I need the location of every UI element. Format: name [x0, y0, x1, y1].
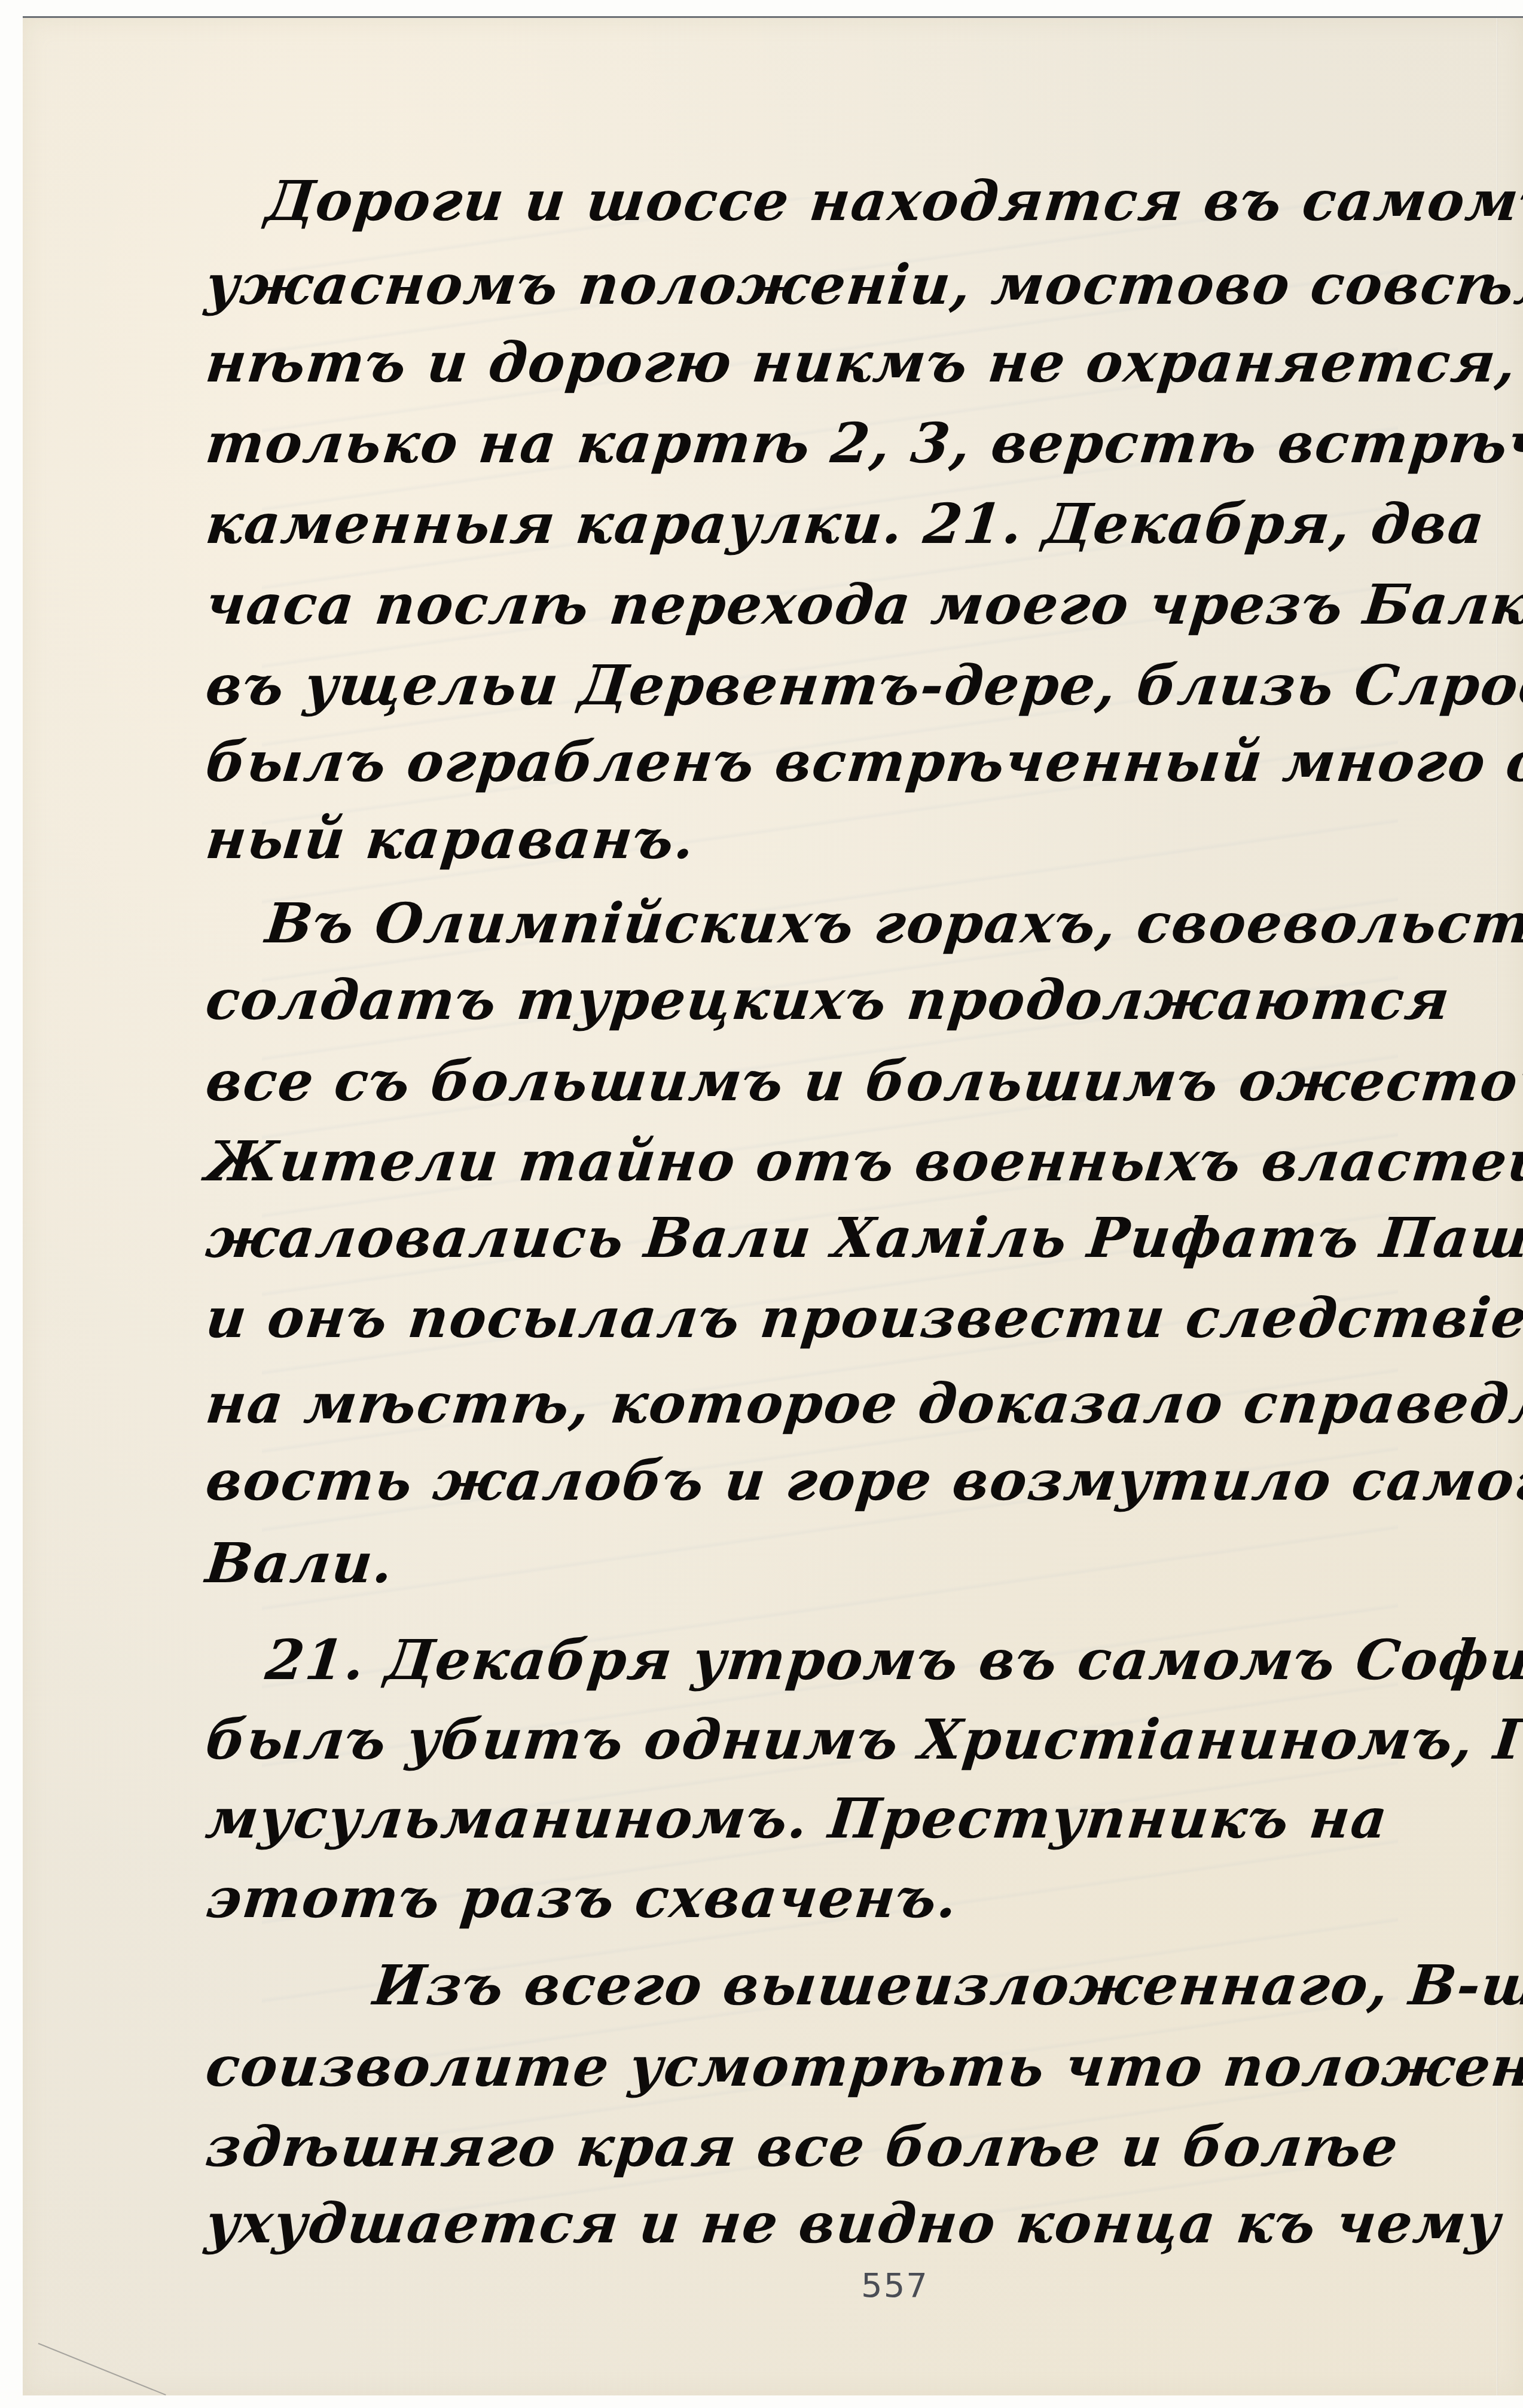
- manuscript-line-18: Вали.: [203, 1536, 1435, 1591]
- manuscript-line-9: ный караванъ.: [203, 811, 1435, 866]
- manuscript-line-24: соизволите усмотрѣть что положеніе: [203, 2039, 1435, 2094]
- manuscript-line-12: все съ большимъ и большимъ ожесточеніемъ…: [203, 1054, 1435, 1109]
- manuscript-line-10: Въ Олимпійскихъ горахъ, своевольства: [263, 896, 1495, 951]
- manuscript-line-7: въ ущельи Дервентъ-дере, близь Слрово,: [203, 658, 1435, 713]
- manuscript-line-6: часа послѣ перехода моего чрезъ Балканы,: [203, 577, 1435, 632]
- manuscript-line-25: здѣшняго края все болѣе и болѣе: [203, 2119, 1435, 2174]
- manuscript-line-5: каменныя караулки. 21. Декабря, два: [203, 496, 1435, 551]
- manuscript-line-2: ужасномъ положеніи, мостово совсѣмъ: [203, 257, 1435, 312]
- manuscript-line-26: ухудшается и не видно конца къ чему: [203, 2196, 1435, 2251]
- manuscript-line-17: вость жалобъ и горе возмутило самого: [203, 1453, 1435, 1508]
- manuscript-line-8: былъ ограбленъ встрѣченный много огром-: [203, 734, 1435, 789]
- manuscript-line-4: только на картѣ 2, 3, верстѣ встрѣчаются: [203, 416, 1435, 471]
- manuscript-line-20: былъ убитъ однимъ Христіаниномъ, Грекъ: [203, 1712, 1435, 1767]
- page-number: 557: [861, 2266, 929, 2305]
- manuscript-line-19: 21. Декабря утромъ въ самомъ Софии: [263, 1632, 1495, 1687]
- manuscript-line-14: жаловались Вали Хаміль Рифатъ Пашѣ: [203, 1210, 1435, 1265]
- manuscript-text: Дороги и шоссе находятся въ самомъ ужасн…: [0, 0, 1523, 2408]
- manuscript-line-23: Изъ всего вышеизложеннаго, В-ше С-во: [371, 1958, 1523, 2013]
- manuscript-line-22: этотъ разъ схваченъ.: [203, 1870, 1435, 1925]
- manuscript-line-15: и онъ посылалъ произвести следствіе: [203, 1290, 1435, 1345]
- manuscript-line-16: на мѣстѣ, которое доказало справедли-: [203, 1376, 1435, 1431]
- manuscript-line-3: нѣтъ и дорогю никмъ не охраняется,: [203, 335, 1435, 390]
- manuscript-line-21: мусульманиномъ. Преступникъ на: [203, 1791, 1435, 1846]
- manuscript-line-11: солдатъ турецкихъ продолжаются: [203, 972, 1435, 1027]
- manuscript-line-13: Жители тайно отъ военныхъ властей: [203, 1134, 1435, 1189]
- manuscript-line-1: Дороги и шоссе находятся въ самомъ: [263, 173, 1495, 228]
